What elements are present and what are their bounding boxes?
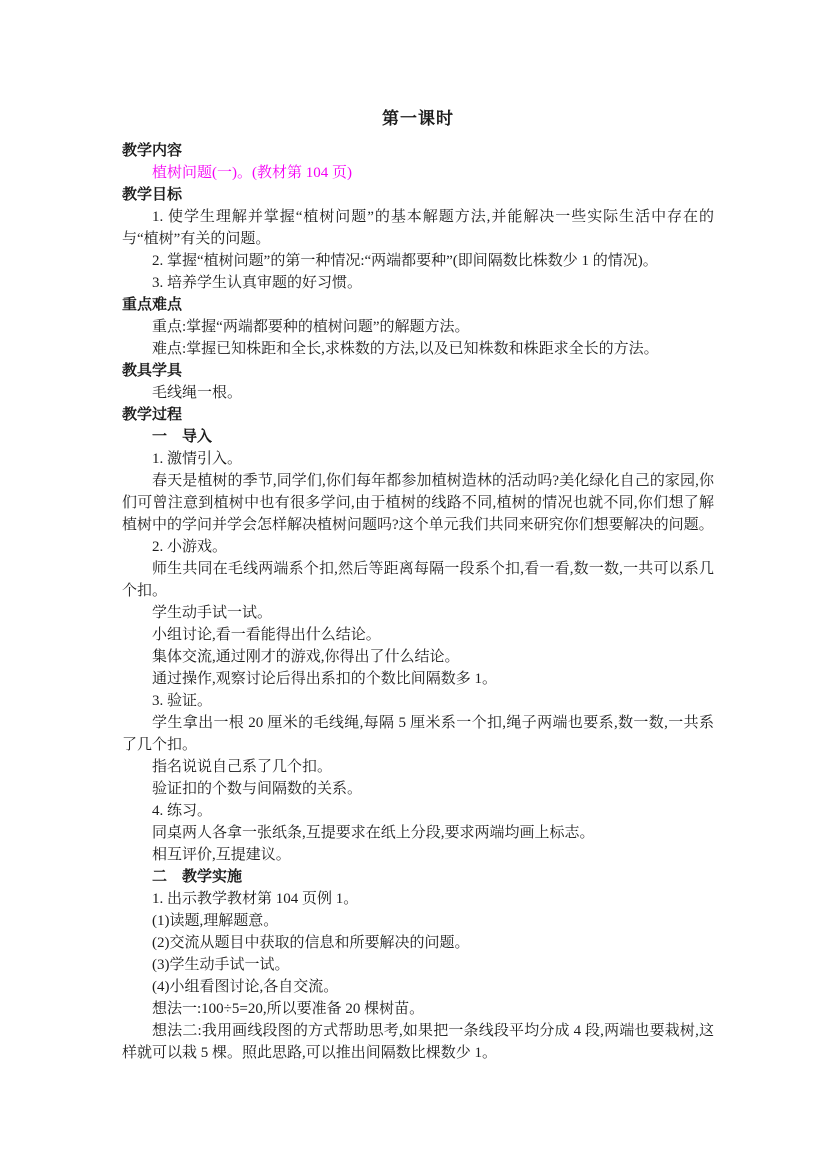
paragraph: 难点:掌握已知株距和全长,求株数的方法,以及已知株数和株距求全长的方法。 <box>122 338 714 360</box>
paragraph: 想法一:100÷5=20,所以要准备 20 棵树苗。 <box>122 998 714 1020</box>
paragraph: 重点:掌握“两端都要种的植树问题”的解题方法。 <box>122 316 714 338</box>
document-body: 教学内容 植树问题(一)。(教材第 104 页) 教学目标 1. 使学生理解并掌… <box>122 140 714 1064</box>
paragraph: 1. 激情引入。 <box>122 448 714 470</box>
paragraph: 集体交流,通过刚才的游戏,你得出了什么结论。 <box>122 646 714 668</box>
page-title: 第一课时 <box>122 107 714 131</box>
paragraph: 同桌两人各拿一张纸条,互提要求在纸上分段,要求两端均画上标志。 <box>122 822 714 844</box>
section-heading: 重点难点 <box>122 294 714 316</box>
paragraph: (1)读题,理解题意。 <box>122 910 714 932</box>
document-section: 重点难点 重点:掌握“两端都要种的植树问题”的解题方法。 难点:掌握已知株距和全… <box>122 294 714 360</box>
paragraph: 3. 培养学生认真审题的好习惯。 <box>122 272 714 294</box>
paragraph: 4. 练习。 <box>122 800 714 822</box>
paragraph: 2. 小游戏。 <box>122 536 714 558</box>
paragraph: 小组讨论,看一看能得出什么结论。 <box>122 624 714 646</box>
section-heading: 教学内容 <box>122 140 714 162</box>
paragraph: 学生动手试一试。 <box>122 602 714 624</box>
paragraph: (4)小组看图讨论,各自交流。 <box>122 976 714 998</box>
paragraph: 2. 掌握“植树问题”的第一种情况:“两端都要种”(即间隔数比株数少 1 的情况… <box>122 250 714 272</box>
paragraph: 一 导入 <box>122 426 714 448</box>
paragraph: 毛线绳一根。 <box>122 382 714 404</box>
section-heading: 教具学具 <box>122 360 714 382</box>
section-paragraphs: 1. 使学生理解并掌握“植树问题”的基本解题方法,并能解决一些实际生活中存在的与… <box>122 206 714 294</box>
paragraph: 验证扣的个数与间隔数的关系。 <box>122 778 714 800</box>
section-paragraphs: 重点:掌握“两端都要种的植树问题”的解题方法。 难点:掌握已知株距和全长,求株数… <box>122 316 714 360</box>
paragraph: (3)学生动手试一试。 <box>122 954 714 976</box>
section-heading: 教学过程 <box>122 404 714 426</box>
paragraph: 想法二:我用画线段图的方式帮助思考,如果把一条线段平均分成 4 段,两端也要栽树… <box>122 1020 714 1064</box>
document-section: 教学过程 一 导入 1. 激情引入。 春天是植树的季节,同学们,你们每年都参加植… <box>122 404 714 1064</box>
paragraph: 春天是植树的季节,同学们,你们每年都参加植树造林的活动吗?美化绿化自己的家园,你… <box>122 470 714 536</box>
paragraph: 师生共同在毛线两端系个扣,然后等距离每隔一段系个扣,看一看,数一数,一共可以系几… <box>122 558 714 602</box>
document-section: 教具学具 毛线绳一根。 <box>122 360 714 404</box>
section-paragraphs: 毛线绳一根。 <box>122 382 714 404</box>
document-section: 教学内容 植树问题(一)。(教材第 104 页) <box>122 140 714 184</box>
section-paragraphs: 植树问题(一)。(教材第 104 页) <box>122 162 714 184</box>
paragraph: 学生拿出一根 20 厘米的毛线绳,每隔 5 厘米系一个扣,绳子两端也要系,数一数… <box>122 712 714 756</box>
paragraph: 相互评价,互提建议。 <box>122 844 714 866</box>
paragraph: 通过操作,观察讨论后得出系扣的个数比间隔数多 1。 <box>122 668 714 690</box>
paragraph: 指名说说自己系了几个扣。 <box>122 756 714 778</box>
paragraph: 3. 验证。 <box>122 690 714 712</box>
paragraph: 植树问题(一)。(教材第 104 页) <box>122 162 714 184</box>
section-paragraphs: 一 导入 1. 激情引入。 春天是植树的季节,同学们,你们每年都参加植树造林的活… <box>122 426 714 1064</box>
section-heading: 教学目标 <box>122 184 714 206</box>
paragraph: 1. 使学生理解并掌握“植树问题”的基本解题方法,并能解决一些实际生活中存在的与… <box>122 206 714 250</box>
document-page: 第一课时 教学内容 植树问题(一)。(教材第 104 页) 教学目标 1. 使学… <box>122 0 714 1064</box>
document-section: 教学目标 1. 使学生理解并掌握“植树问题”的基本解题方法,并能解决一些实际生活… <box>122 184 714 294</box>
paragraph: 1. 出示教学教材第 104 页例 1。 <box>122 888 714 910</box>
paragraph: 二 教学实施 <box>122 866 714 888</box>
paragraph: (2)交流从题目中获取的信息和所要解决的问题。 <box>122 932 714 954</box>
